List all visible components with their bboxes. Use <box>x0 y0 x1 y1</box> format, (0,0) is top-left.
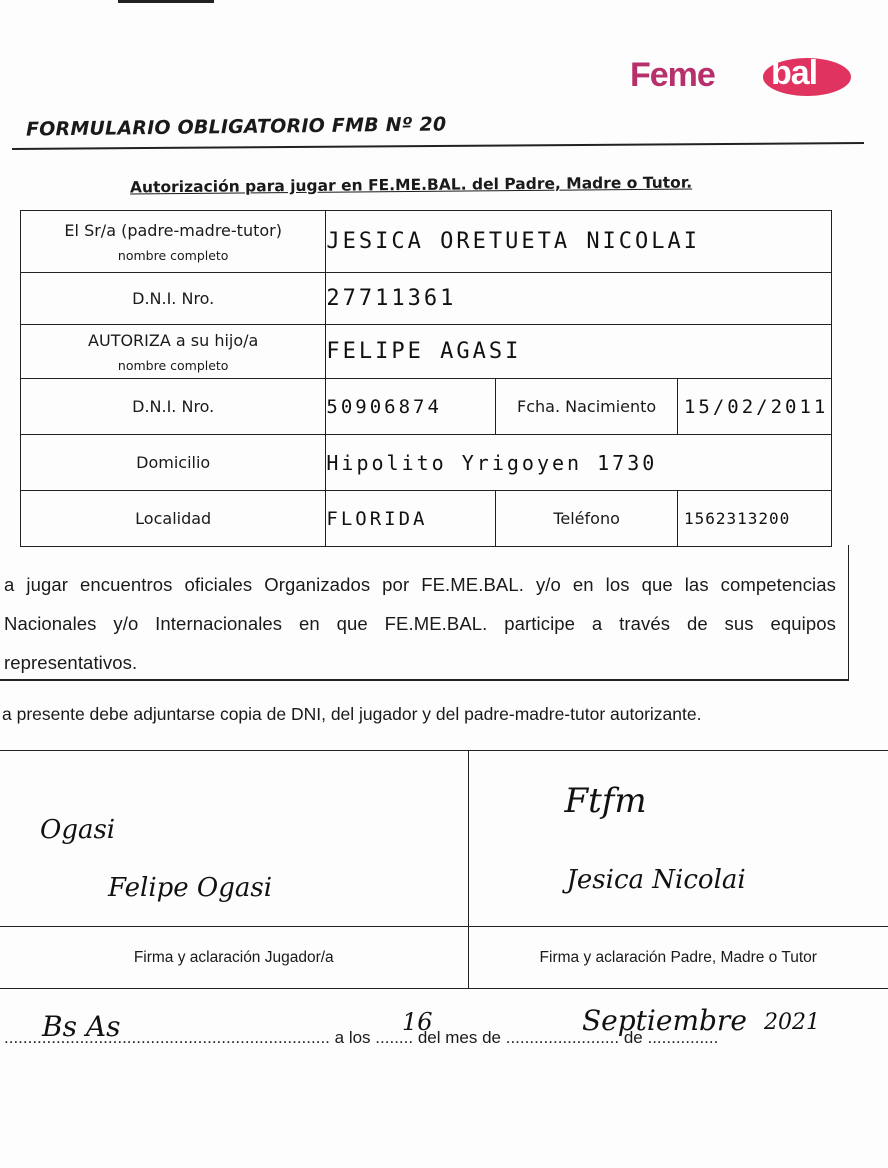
caption-row: Firma y aclaración Jugador/a Firma y acl… <box>0 927 888 989</box>
locality-row: Localidad FLORIDA Teléfono 1562313200 <box>21 491 832 547</box>
parent-label-cell: El Sr/a (padre-madre-tutor) nombre compl… <box>21 211 326 273</box>
locality-label: Localidad <box>21 491 326 547</box>
logo-oval: bal <box>763 58 851 96</box>
parent-dni-label: D.N.I. Nro. <box>21 273 326 325</box>
phone-label: Teléfono <box>496 491 678 547</box>
birth-date-field[interactable]: 15/02/2011 <box>677 379 831 435</box>
day-field[interactable]: 16 <box>402 1008 433 1036</box>
place-field[interactable]: Bs As <box>42 1010 120 1043</box>
authorization-table: El Sr/a (padre-madre-tutor) nombre compl… <box>20 210 832 547</box>
scan-edge-mark <box>118 0 214 3</box>
parent-caption: Firma y aclaración Padre, Madre o Tutor <box>468 927 888 989</box>
player-signature-box[interactable]: Ogasi Felipe Ogasi <box>0 751 468 927</box>
parent-dni-field[interactable]: 27711361 <box>326 273 832 325</box>
locality-field[interactable]: FLORIDA <box>326 491 496 547</box>
player-clarification: Felipe Ogasi <box>108 873 272 903</box>
birth-date-label: Fcha. Nacimiento <box>496 379 678 435</box>
form-title: FORMULARIO OBLIGATORIO FMB Nº 20 <box>26 113 447 140</box>
address-label: Domicilio <box>21 435 326 491</box>
child-name-row: AUTORIZA a su hijo/a nombre completo FEL… <box>21 325 832 379</box>
address-field[interactable]: Hipolito Yrigoyen 1730 <box>326 435 832 491</box>
parent-dni-row: D.N.I. Nro. 27711361 <box>21 273 832 325</box>
player-caption: Firma y aclaración Jugador/a <box>0 927 468 989</box>
player-signature: Ogasi <box>40 815 115 845</box>
logo-text: Feme <box>630 56 715 95</box>
femebal-logo: bal Feme <box>630 52 855 102</box>
parent-name-field[interactable]: JESICA ORETUETA NICOLAI <box>326 211 832 273</box>
child-dni-row: D.N.I. Nro. 50906874 Fcha. Nacimiento 15… <box>21 379 832 435</box>
attachment-note: a presente debe adjuntarse copia de DNI,… <box>2 704 701 725</box>
parent-clarification: Jesica Nicolai <box>567 865 746 895</box>
signature-table: Ogasi Felipe Ogasi Ftfm Jesica Nicolai F… <box>0 750 888 989</box>
phone-field[interactable]: 1562313200 <box>677 491 831 547</box>
child-dni-field[interactable]: 50906874 <box>326 379 496 435</box>
child-label-cell: AUTORIZA a su hijo/a nombre completo <box>21 325 326 379</box>
parent-signature-box[interactable]: Ftfm Jesica Nicolai <box>468 751 888 927</box>
child-dni-label: D.N.I. Nro. <box>21 379 326 435</box>
authorization-body-text: a jugar encuentros oficiales Organizados… <box>4 565 836 682</box>
month-field[interactable]: Septiembre <box>582 1004 747 1037</box>
parent-signature: Ftfm <box>565 781 647 821</box>
address-row: Domicilio Hipolito Yrigoyen 1730 <box>21 435 832 491</box>
year-field[interactable]: 2021 <box>764 1010 820 1035</box>
form-subtitle: Autorización para jugar en FE.ME.BAL. de… <box>130 174 692 197</box>
child-name-field[interactable]: FELIPE AGASI <box>326 325 832 379</box>
signature-row: Ogasi Felipe Ogasi Ftfm Jesica Nicolai <box>0 751 888 927</box>
parent-name-row: El Sr/a (padre-madre-tutor) nombre compl… <box>21 211 832 273</box>
title-divider <box>12 142 864 150</box>
